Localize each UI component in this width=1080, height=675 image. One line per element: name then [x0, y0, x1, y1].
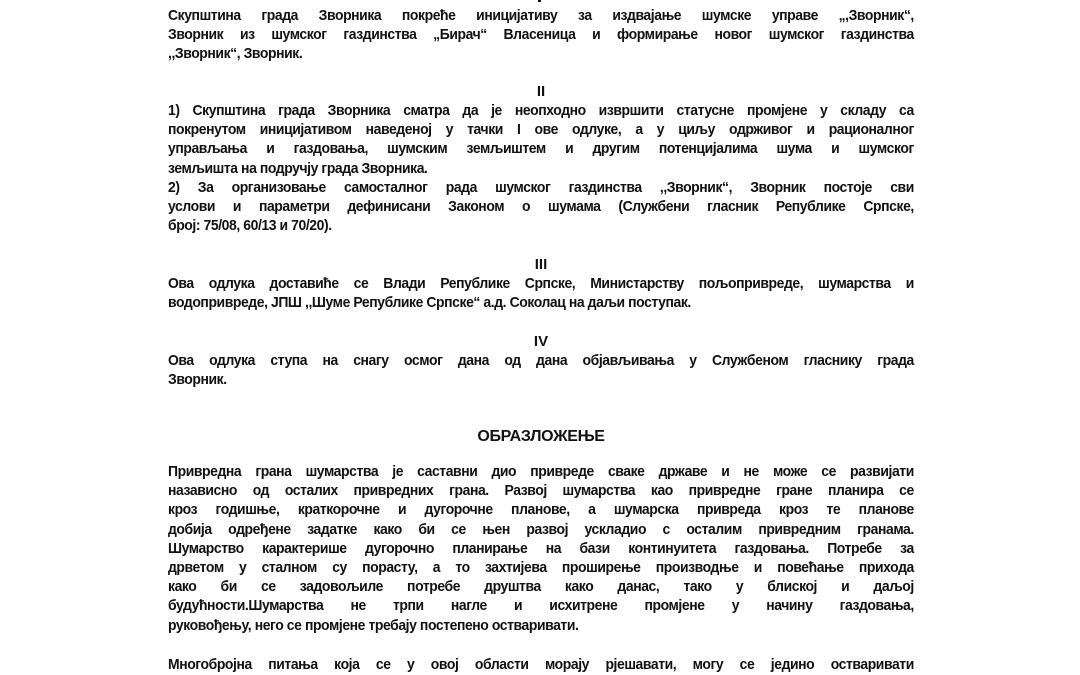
text-line: Многобројна питања која се у овој област… [168, 655, 914, 674]
text-line: водопривреде, ЈПШ ,,Шуме Републике Српск… [168, 293, 914, 312]
text-line: земљишта на подручју града Зворника. [168, 159, 914, 178]
text-line: 1) Скупштина града Зворника сматра да је… [168, 101, 914, 120]
text-line: покренутом иницијативом наведеној у тачк… [168, 120, 914, 139]
section-iv-text: Ова одлука ступа на снагу осмог дана од … [168, 351, 914, 389]
text-line: Ова одлука доставиће се Влади Републике … [168, 274, 914, 293]
document-page: Скупштина града Зворника покреће иниција… [0, 0, 1080, 675]
text-line: Шумарство карактерише дугорочно планирањ… [168, 539, 914, 558]
text-line: руковођењу, него се промјене требају пос… [168, 616, 914, 635]
explanation-heading: ОБРАЗЛОЖЕЊЕ [168, 428, 914, 446]
text-line: Зворник из шумског газдинства „Бирач“ Вл… [168, 25, 914, 44]
section-iv-heading: IV [168, 333, 914, 351]
text-line: број: 75/08, 60/13 и 70/20). [168, 216, 914, 235]
text-line: кроз годишње, краткорочне и дугорочне пл… [168, 500, 914, 519]
text-line: 2) За организовање самосталног рада шумс… [168, 178, 914, 197]
explanation-paragraph-2: Многобројна питања која се у овој област… [168, 655, 914, 674]
section-ii-text: 1) Скупштина града Зворника сматра да је… [168, 101, 914, 235]
text-line: услови и параметри дефинисани Законом о … [168, 197, 914, 216]
text-line: добија одређене задатке како би се њен р… [168, 520, 914, 539]
section-i-heading-fragment [538, 0, 541, 2]
text-line: Зворник. [168, 370, 914, 389]
section-i-text: Скупштина града Зворника покреће иниција… [168, 6, 914, 64]
text-line: Скупштина града Зворника покреће иниција… [168, 6, 914, 25]
explanation-paragraph-1: Привредна грана шумарства је саставни ди… [168, 462, 914, 635]
text-line: како би се задовољиле потребе друштва ка… [168, 577, 914, 596]
text-line: ,,Зворник“, Зворник. [168, 44, 914, 63]
text-line: будућности.Шумарства не трпи нагле и исх… [168, 596, 914, 615]
text-line: назависно од осталих привредних грана. Р… [168, 481, 914, 500]
section-iii-heading: III [168, 256, 914, 274]
section-ii-heading: II [168, 83, 914, 101]
text-line: управљања и газдовања, шумским земљиштем… [168, 139, 914, 158]
text-line: Ова одлука ступа на снагу осмог дана од … [168, 351, 914, 370]
text-line: Привредна грана шумарства је саставни ди… [168, 462, 914, 481]
text-line: дрветом у сталном су порасту, а то захти… [168, 558, 914, 577]
section-iii-text: Ова одлука доставиће се Влади Републике … [168, 274, 914, 312]
